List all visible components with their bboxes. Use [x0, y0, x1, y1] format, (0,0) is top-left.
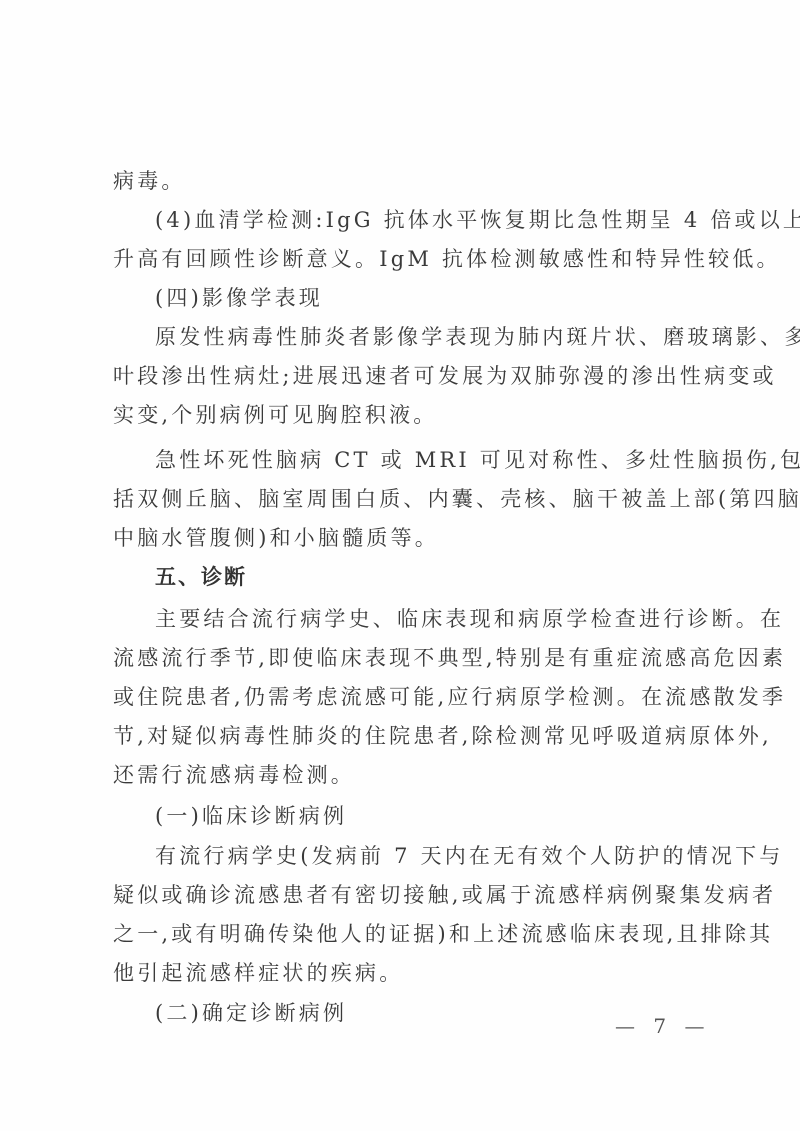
- body-text-line: 叶段渗出性病灶;进展迅速者可发展为双肺弥漫的渗出性病变或: [113, 363, 693, 389]
- body-text-line: 急性坏死性脑病 CT 或 MRI 可见对称性、多灶性脑损伤,包: [155, 447, 735, 473]
- page-number: — 7 —: [615, 1014, 710, 1038]
- body-text-line: 他引起流感样症状的疾病。: [113, 960, 693, 986]
- body-text-line: 节,对疑似病毒性肺炎的住院患者,除检测常见呼吸道病原体外,: [113, 723, 693, 749]
- body-text-line: 病毒。: [113, 168, 693, 194]
- body-text-line: 之一,或有明确传染他人的证据)和上述流感临床表现,且排除其: [113, 921, 693, 947]
- section-heading: 五、诊断: [155, 564, 735, 590]
- body-text-line: 还需行流感病毒检测。: [113, 762, 693, 788]
- body-text-line: 原发性病毒性肺炎者影像学表现为肺内斑片状、磨玻璃影、多: [155, 324, 735, 350]
- subsection-heading: (四)影像学表现: [155, 285, 735, 311]
- body-text-line: 主要结合流行病学史、临床表现和病原学检查进行诊断。在: [155, 606, 735, 632]
- body-text-line: 中脑水管腹侧)和小脑髓质等。: [113, 525, 693, 551]
- body-text-line: 升高有回顾性诊断意义。IgM 抗体检测敏感性和特异性较低。: [113, 246, 693, 272]
- body-text-line: 或住院患者,仍需考虑流感可能,应行病原学检测。在流感散发季: [113, 684, 693, 710]
- body-text-line: 流感流行季节,即使临床表现不典型,特别是有重症流感高危因素: [113, 645, 693, 671]
- body-text-line: (4)血清学检测:IgG 抗体水平恢复期比急性期呈 4 倍或以上: [155, 207, 735, 233]
- body-text-line: 括双侧丘脑、脑室周围白质、内囊、壳核、脑干被盖上部(第四脑室、: [113, 486, 693, 512]
- body-text-line: 实变,个别病例可见胸腔积液。: [113, 402, 693, 428]
- document-page: 病毒。 (4)血清学检测:IgG 抗体水平恢复期比急性期呈 4 倍或以上 升高有…: [0, 0, 800, 1131]
- body-text-line: 有流行病学史(发病前 7 天内在无有效个人防护的情况下与: [155, 843, 735, 869]
- subsection-heading: (一)临床诊断病例: [155, 803, 735, 829]
- body-text-line: 疑似或确诊流感患者有密切接触,或属于流感样病例聚集发病者: [113, 882, 693, 908]
